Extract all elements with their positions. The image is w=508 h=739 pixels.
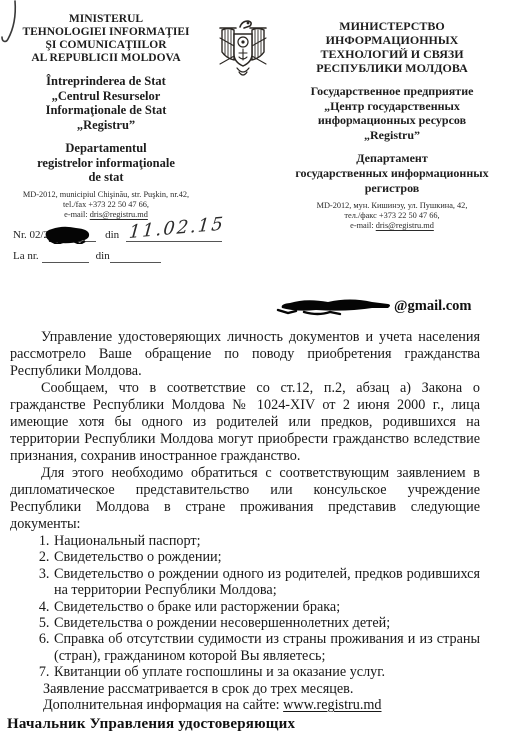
ministry-name-ru: МИНИСТЕРСТВО ИНФОРМАЦИОННЫХ ТЕХНОЛОГИЙ И… bbox=[283, 19, 501, 75]
la-din-blank bbox=[110, 249, 161, 263]
incoming-number-line: La nr. din bbox=[13, 245, 222, 263]
din-label: din bbox=[105, 229, 119, 242]
closing-note: Заявление рассматривается в срок до трех… bbox=[43, 681, 480, 698]
email-line: e-mail: dris@registru.md bbox=[283, 221, 501, 231]
body-paragraph: Управление удостоверяющих личность докум… bbox=[10, 329, 480, 380]
list-item: Свидетельство о браке или расторжении бр… bbox=[53, 599, 480, 615]
list-item: Свидетельство о рождении; bbox=[53, 549, 480, 565]
list-item: Справка об отсутствии судимости из стран… bbox=[53, 631, 480, 664]
redaction-mark bbox=[43, 224, 91, 244]
letterhead-russian: МИНИСТЕРСТВО ИНФОРМАЦИОННЫХ ТЕХНОЛОГИЙ И… bbox=[283, 19, 501, 231]
moldova-coat-of-arms-icon bbox=[214, 18, 272, 80]
documents-list: Национальный паспорт; Свидетельство о ро… bbox=[10, 533, 480, 681]
list-item: Квитанции об уплате госпошлины и за оказ… bbox=[53, 664, 480, 680]
enterprise-name-ru: Государственное предприятие „Центр госуд… bbox=[283, 84, 501, 142]
address-line: MD-2012, municipiul Chişinău, str. Puşki… bbox=[6, 190, 206, 200]
address-block-ro: MD-2012, municipiul Chişinău, str. Puşki… bbox=[6, 190, 206, 220]
letter-body: Управление удостоверяющих личность докум… bbox=[10, 329, 480, 714]
redacted-email-scribble bbox=[276, 296, 394, 316]
letterhead-romanian: MINISTERUL TEHNOLOGIEI INFORMAŢIEI ŞI CO… bbox=[6, 13, 206, 220]
email-label: e-mail: bbox=[64, 210, 90, 219]
registru-website-link[interactable]: www.registru.md bbox=[283, 697, 381, 713]
scanned-letter-page: MINISTERUL TEHNOLOGIEI INFORMAŢIEI ŞI CO… bbox=[0, 0, 508, 739]
email-label: e-mail: bbox=[350, 221, 376, 230]
phone-line: tel./fax +373 22 50 47 66, bbox=[6, 200, 206, 210]
signature-title: Начальник Управления удостоверяющих bbox=[7, 716, 295, 733]
body-paragraph: Сообщаем, что в соответствие со ст.12, п… bbox=[10, 380, 480, 465]
department-name-ru: Департамент государственных информационн… bbox=[283, 151, 501, 196]
outgoing-number-line: Nr. 02/2 din 11.02.15 bbox=[13, 220, 222, 242]
la-nr-blank bbox=[42, 249, 89, 263]
nr-blank bbox=[49, 228, 96, 242]
phone-line: тел./факс +373 22 50 47 66, bbox=[283, 211, 501, 221]
department-name-ro: Departamentul registrelor informaţionale… bbox=[6, 141, 206, 185]
registru-email-link[interactable]: dris@registru.md bbox=[376, 221, 434, 230]
list-item: Свидетельства о рождении несовершеннолет… bbox=[53, 615, 480, 631]
din-label: din bbox=[96, 250, 110, 263]
address-line: MD-2012, мун. Кишинэу, ул. Пушкина, 42, bbox=[283, 201, 501, 211]
reference-block: Nr. 02/2 din 11.02.15 La nr. din bbox=[13, 220, 222, 263]
ministry-name-ro: MINISTERUL TEHNOLOGIEI INFORMAŢIEI ŞI CO… bbox=[6, 13, 206, 65]
recipient-line: @gmail.com bbox=[276, 296, 472, 316]
enterprise-name-ro: Întreprinderea de Stat „Centrul Resursel… bbox=[6, 74, 206, 132]
list-item: Свидетельство о рождении одного из родит… bbox=[53, 566, 480, 599]
date-blank: 11.02.15 bbox=[126, 228, 222, 242]
website-label: Дополнительная информация на сайте: bbox=[43, 697, 283, 713]
website-note: Дополнительная информация на сайте: www.… bbox=[43, 697, 480, 714]
body-paragraph: Для этого необходимо обратиться с соотве… bbox=[10, 465, 480, 533]
recipient-email-suffix: @gmail.com bbox=[394, 298, 472, 315]
registru-email-link[interactable]: dris@registru.md bbox=[90, 210, 148, 219]
la-nr-label: La nr. bbox=[13, 250, 39, 263]
list-item: Национальный паспорт; bbox=[53, 533, 480, 549]
address-block-ru: MD-2012, мун. Кишинэу, ул. Пушкина, 42, … bbox=[283, 201, 501, 231]
